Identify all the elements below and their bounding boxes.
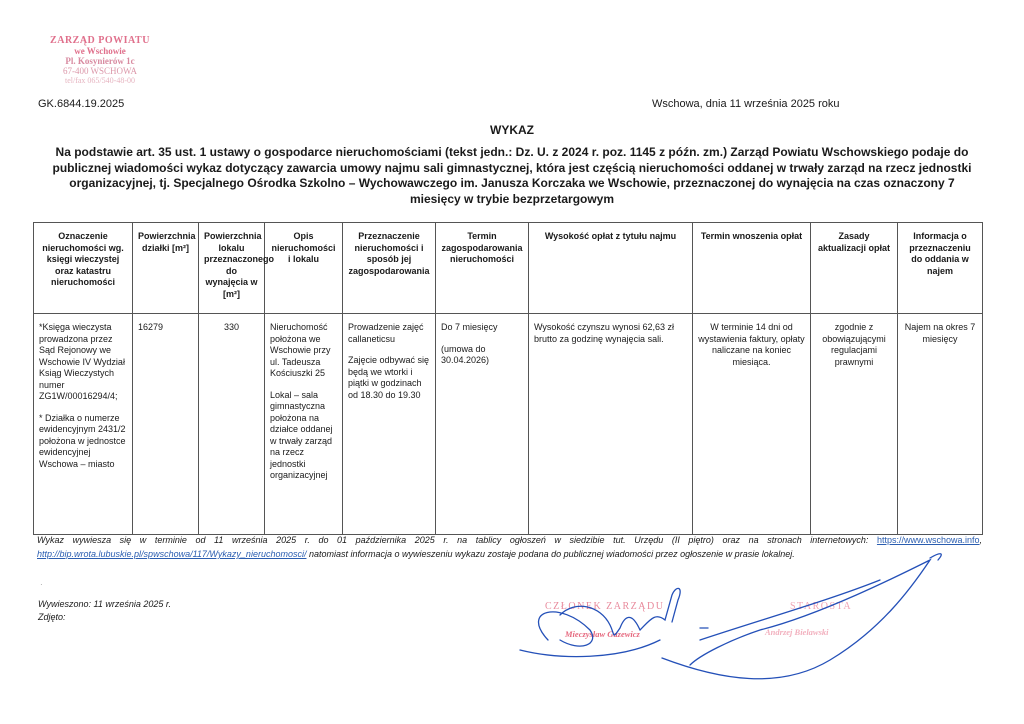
notice-text: Wykaz wywiesza się w terminie od 11 wrze…: [37, 535, 877, 545]
cell-update-rules: zgodnie z obowiązującymi regulacjami pra…: [811, 314, 898, 535]
stamp-line: ZARZĄD POWIATU: [40, 36, 160, 46]
cell-payment-term: W terminie 14 dni od wystawienia faktury…: [693, 314, 811, 535]
removed-date: Zdjęto:: [38, 611, 171, 624]
publication-notice: Wykaz wywiesza się w terminie od 11 wrze…: [37, 533, 982, 561]
unit-description: Lokal – sala gimnastyczna położona na dz…: [270, 390, 337, 482]
document-title: WYKAZ: [0, 123, 1024, 137]
bip-link[interactable]: http://bip.wrota.lubuskie.pl/spwschowa/1…: [37, 549, 306, 559]
place-and-date: Wschowa, dnia 11 września 2025 roku: [652, 98, 840, 110]
contract-end-text: (umowa do 30.04.2026): [441, 344, 523, 367]
schedule-text: Zajęcie odbywać się będą we wtorki i pią…: [348, 355, 430, 401]
column-header-designation: Oznaczenie nieruchomości wg. księgi wiec…: [34, 223, 133, 314]
cell-term: Do 7 miesięcy (umowa do 30.04.2026): [436, 314, 529, 535]
cell-fee: Wysokość czynszu wynosi 62,63 zł brutto …: [529, 314, 693, 535]
website-link[interactable]: https://www.wschowa.info: [877, 535, 980, 545]
scan-speck: ·: [40, 580, 43, 589]
intro-paragraph: Na podstawie art. 35 ust. 1 ustawy o gos…: [44, 145, 980, 207]
signature-name-starosta: Andrzej Bielawski: [765, 627, 829, 637]
land-register-info: *Księga wieczysta prowadzona przez Sąd R…: [39, 322, 127, 403]
property-location: Nieruchomość położona we Wschowie przy u…: [270, 322, 337, 380]
column-header-fee: Wysokość opłat z tytułu najmu: [529, 223, 693, 314]
cell-lease-info: Najem na okres 7 miesięcy: [898, 314, 983, 535]
posted-date: Wywieszono: 11 września 2025 r.: [38, 598, 171, 611]
reference-number: GK.6844.19.2025: [38, 98, 124, 110]
stamp-line: 67-400 WSCHOWA: [40, 66, 160, 76]
column-header-lease-info: Informacja o przeznaczeniu do oddania w …: [898, 223, 983, 314]
column-header-description: Opis nieruchomości i lokalu: [265, 223, 343, 314]
signature-stamp-board-member: CZŁONEK ZARZĄDU: [545, 601, 664, 612]
cell-description: Nieruchomość położona we Wschowie przy u…: [265, 314, 343, 535]
term-text: Do 7 miesięcy: [441, 322, 523, 334]
plot-info: * Działka o numerze ewidencyjnym 2431/2 …: [39, 413, 127, 471]
stamp-line: Pl. Kosynierów 1c: [40, 56, 160, 66]
cell-designation: *Księga wieczysta prowadzona przez Sąd R…: [34, 314, 133, 535]
cell-purpose: Prowadzenie zajęć callaneticsu Zajęcie o…: [343, 314, 436, 535]
office-stamp: ZARZĄD POWIATU we Wschowie Pl. Kosynieró…: [40, 36, 160, 86]
cell-plot-area: 16279: [133, 314, 199, 535]
stamp-line: we Wschowie: [40, 46, 160, 56]
column-header-term: Termin zagospodarowania nieruchomości: [436, 223, 529, 314]
cell-unit-area: 330: [199, 314, 265, 535]
column-header-purpose: Przeznaczenie nieruchomości i sposób jej…: [343, 223, 436, 314]
posting-record: Wywieszono: 11 września 2025 r. Zdjęto:: [38, 598, 171, 624]
notice-separator: ,: [979, 535, 982, 545]
signature-stamp-starosta: STAROSTA: [790, 601, 852, 612]
stamp-line: tel/fax 065/540-48-00: [40, 76, 160, 86]
column-header-unit-area: Powierzchnia lokalu przeznaczonego do wy…: [199, 223, 265, 314]
purpose-text: Prowadzenie zajęć callaneticsu: [348, 322, 430, 345]
table-header-row: Oznaczenie nieruchomości wg. księgi wiec…: [34, 223, 983, 314]
column-header-payment-term: Termin wnoszenia opłat: [693, 223, 811, 314]
property-table: Oznaczenie nieruchomości wg. księgi wiec…: [33, 222, 983, 535]
table-row: *Księga wieczysta prowadzona przez Sąd R…: [34, 314, 983, 535]
notice-text-continued: natomiast informacja o wywieszeniu wykaz…: [306, 549, 794, 559]
signature-name-board-member: Mieczysław Gazewicz: [565, 629, 640, 639]
column-header-update-rules: Zasady aktualizacji opłat: [811, 223, 898, 314]
column-header-plot-area: Powierzchnia działki [m²]: [133, 223, 199, 314]
